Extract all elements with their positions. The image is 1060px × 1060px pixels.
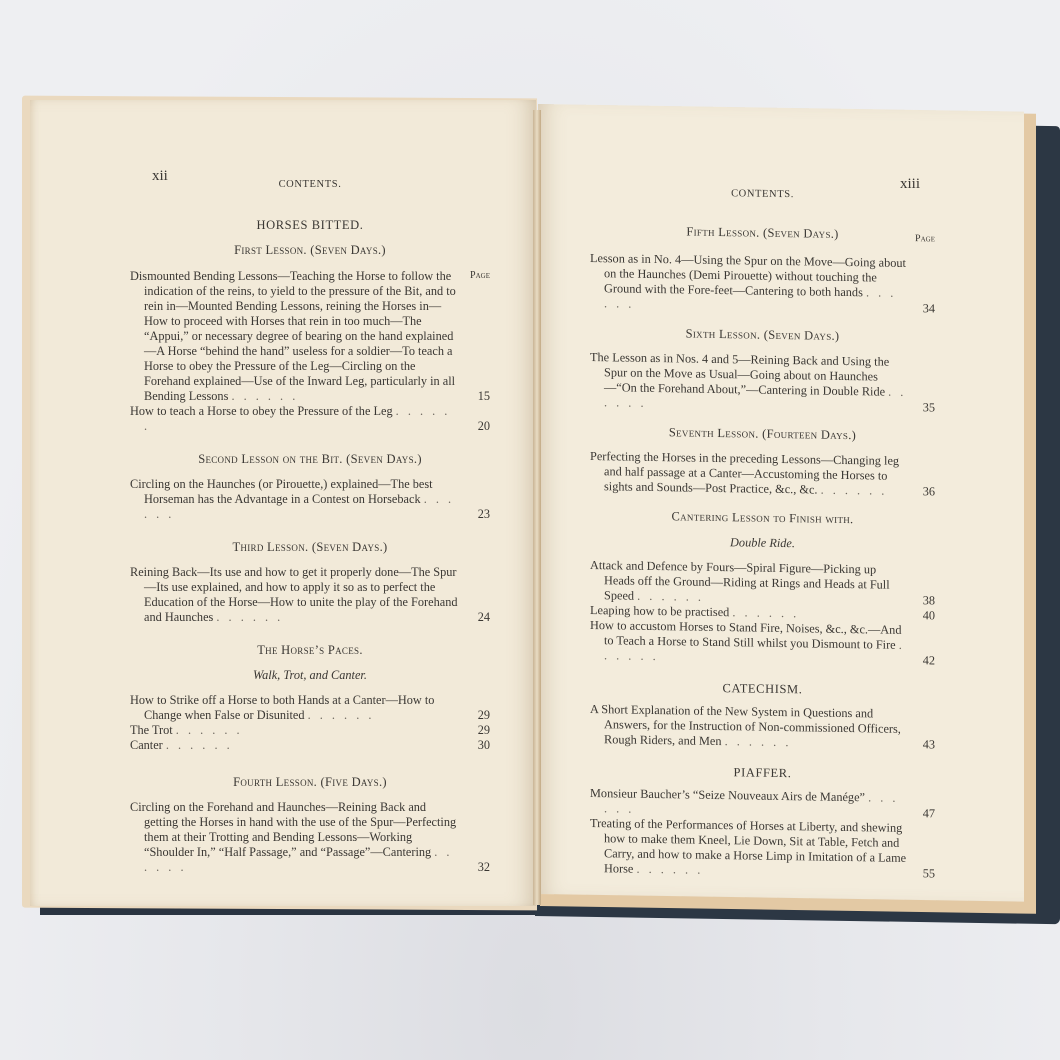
- right-page-contents: CONTENTS. Fifth Lesson. (Seven Days.) Pa…: [590, 178, 935, 881]
- toc-page-number: 30: [478, 738, 490, 753]
- toc-entry-text: Canter: [130, 738, 163, 752]
- toc-entry[interactable]: Circling on the Forehand and Haunches—Re…: [130, 800, 490, 875]
- section-subtitle: The Horse’s Paces.: [130, 643, 490, 658]
- running-head: CONTENTS.: [130, 177, 490, 192]
- toc-entry-text: Circling on the Haunches (or Pirouette,)…: [130, 477, 433, 506]
- toc-entry[interactable]: How to Strike off a Horse to both Hands …: [130, 693, 490, 723]
- leader-dots: . . . . . .: [216, 610, 283, 624]
- toc-entry-text: Lesson as in No. 4—Using the Spur on the…: [590, 251, 906, 299]
- section-title: CATECHISM.: [590, 679, 935, 699]
- toc-page-number: 29: [478, 723, 490, 738]
- leader-dots: . . . . . .: [166, 738, 233, 752]
- toc-page-number: 23: [478, 507, 490, 522]
- toc-entry[interactable]: A Short Explanation of the New System in…: [590, 702, 935, 752]
- toc-entry-text: Attack and Defence by Fours—Spiral Figur…: [590, 558, 890, 603]
- toc-entry[interactable]: The Trot . . . . . .29: [130, 723, 490, 738]
- toc-page-number: 38: [923, 593, 935, 608]
- lesson-title: Fourth Lesson. (Five Days.): [130, 775, 490, 790]
- leader-dots: . . . . . .: [308, 708, 375, 722]
- toc-page-number: 32: [478, 860, 490, 875]
- toc-page-number: 15: [478, 389, 490, 404]
- toc-page-number: 24: [478, 610, 490, 625]
- toc-entry-text: Circling on the Forehand and Haunches—Re…: [130, 800, 456, 859]
- leader-dots: . . . . . .: [231, 389, 298, 403]
- toc-entry[interactable]: Circling on the Haunches (or Pirouette,)…: [130, 477, 490, 522]
- section-title: HORSES BITTED.: [130, 218, 490, 233]
- lesson-title: Cantering Lesson to Finish with.: [590, 508, 935, 528]
- lesson-title: Second Lesson on the Bit. (Seven Days.): [130, 452, 490, 467]
- toc-entry-text: Leaping how to be practised: [590, 603, 729, 619]
- book-gutter: [533, 110, 541, 905]
- section-title: PIAFFER.: [590, 763, 935, 783]
- leader-dots: . . . . . .: [725, 734, 792, 749]
- lesson-title: Third Lesson. (Seven Days.): [130, 540, 490, 555]
- toc-page-number: 47: [923, 806, 935, 821]
- lesson-title: Sixth Lesson. (Seven Days.): [590, 325, 935, 345]
- toc-entry-text: Dismounted Bending Lessons—Teaching the …: [130, 269, 456, 403]
- toc-entry[interactable]: Canter . . . . . .30: [130, 738, 490, 753]
- toc-entry[interactable]: Reining Back—Its use and how to get it p…: [130, 565, 490, 625]
- leader-dots: . . . . . .: [636, 862, 703, 877]
- section-italic-title: Double Ride.: [590, 533, 935, 553]
- leader-dots: . . . . . .: [637, 589, 704, 604]
- toc-entry[interactable]: Treating of the Performances of Horses a…: [590, 816, 935, 881]
- toc-page-number: 29: [478, 708, 490, 723]
- toc-entry[interactable]: Perfecting the Horses in the preceding L…: [590, 449, 935, 499]
- leader-dots: . . . . . .: [821, 483, 888, 498]
- toc-page-number: 34: [923, 301, 935, 316]
- toc-page-number: 36: [923, 484, 935, 499]
- section-italic-title: Walk, Trot, and Canter.: [130, 668, 490, 683]
- toc-entry-text: How to Strike off a Horse to both Hands …: [130, 693, 434, 722]
- running-head: CONTENTS.: [590, 184, 935, 204]
- toc-entry[interactable]: How to teach a Horse to obey the Pressur…: [130, 404, 490, 434]
- leader-dots: . . . . . .: [732, 605, 799, 620]
- toc-page-number: 55: [923, 866, 935, 881]
- lesson-title: First Lesson. (Seven Days.): [130, 243, 490, 258]
- toc-entry-text: The Trot: [130, 723, 173, 737]
- toc-page-number: 35: [923, 400, 935, 415]
- toc-entry[interactable]: Dismounted Bending Lessons—Teaching the …: [130, 269, 490, 404]
- left-page-contents: CONTENTS. HORSES BITTED. First Lesson. (…: [130, 165, 490, 875]
- toc-entry[interactable]: The Lesson as in Nos. 4 and 5—Reining Ba…: [590, 350, 935, 415]
- toc-entry-text: How to accustom Horses to Stand Fire, No…: [590, 618, 901, 652]
- lesson-title: Seventh Lesson. (Fourteen Days.): [590, 424, 935, 444]
- toc-page-number: 43: [923, 737, 935, 752]
- toc-entry-text: Reining Back—Its use and how to get it p…: [130, 565, 458, 624]
- toc-entry[interactable]: Attack and Defence by Fours—Spiral Figur…: [590, 558, 935, 608]
- toc-entry-text: How to teach a Horse to obey the Pressur…: [130, 404, 393, 418]
- toc-page-number: 20: [478, 419, 490, 434]
- toc-entry[interactable]: Lesson as in No. 4—Using the Spur on the…: [590, 251, 935, 316]
- toc-page-number: 40: [923, 608, 935, 623]
- toc-entry-text: The Lesson as in Nos. 4 and 5—Reining Ba…: [590, 350, 889, 399]
- leader-dots: . . . . . .: [176, 723, 243, 737]
- toc-page-number: 42: [923, 653, 935, 668]
- toc-entry[interactable]: How to accustom Horses to Stand Fire, No…: [590, 618, 935, 668]
